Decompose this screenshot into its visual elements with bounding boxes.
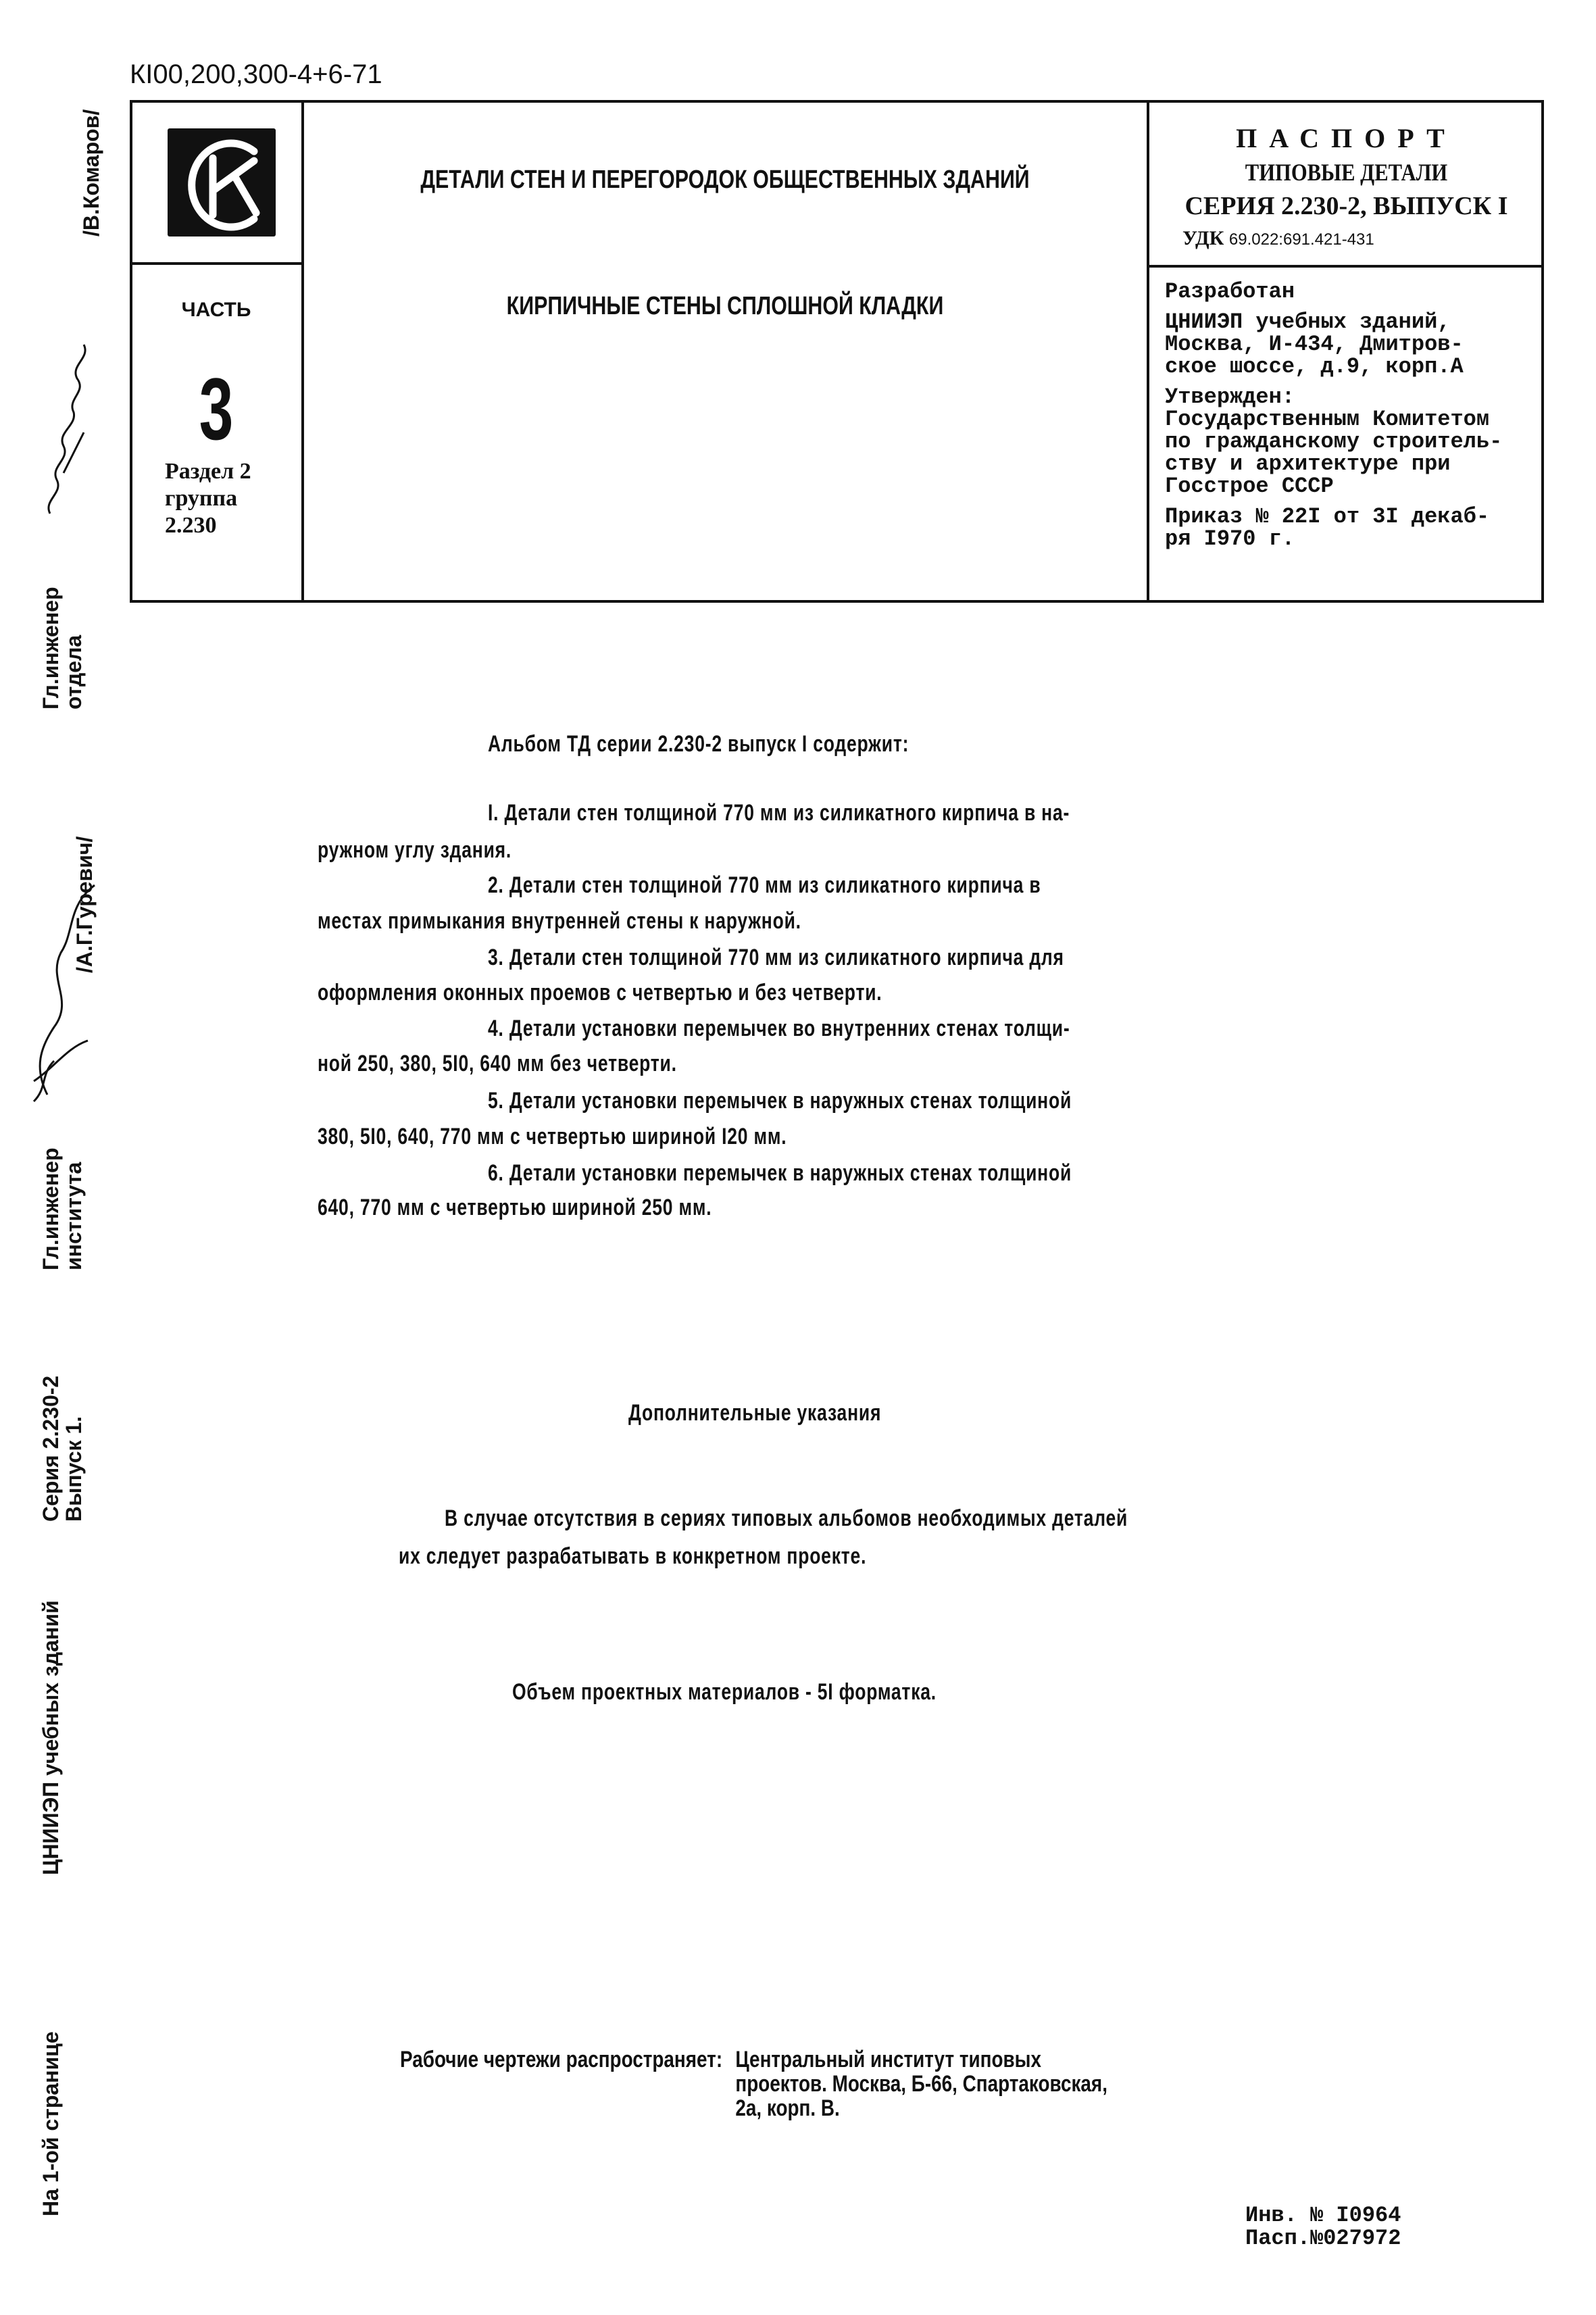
developed-line: ское шоссе, д.9, корп.А: [1165, 355, 1543, 378]
margin-page-note: На 1-ой странице: [39, 2031, 62, 2216]
contents-item-2: 2. Детали стен толщиной 770 мм из силика…: [488, 872, 1041, 899]
udk-line: УДК 69.022:691.421-431: [1149, 223, 1544, 255]
approved-label: Утвержден:: [1165, 386, 1543, 408]
approved-line: ству и архитектуре при: [1165, 453, 1543, 475]
margin-series: Серия 2.230-2 Выпуск 1.: [39, 1376, 85, 1522]
inventory-numbers: Инв. № I0964 Пасп.№027972: [1245, 2204, 1401, 2250]
margin-chief-inst-line2: института: [62, 1148, 85, 1271]
margin-chief-dept: Гл.инженер отдела: [39, 587, 85, 710]
additional-text-line1: В случае отсутствия в сериях типовых аль…: [445, 1505, 1128, 1532]
passport-number: Пасп.№027972: [1245, 2227, 1401, 2250]
order-line: Приказ № 22I от 3I декаб-: [1165, 505, 1543, 528]
passport-title: ПАСПОРТ: [1149, 122, 1544, 155]
part-section-info: Раздел 2 группа 2.230: [165, 458, 251, 539]
distribution-label: Рабочие чертежи распространяет:: [400, 2047, 722, 2072]
distribution-line: Центральный институт типовых: [735, 2047, 1107, 2072]
margin-chief-inst: Гл.инженер института: [39, 1148, 85, 1271]
signature-komarov-icon: [36, 338, 97, 520]
contents-item-6: 6. Детали установки перемычек в наружных…: [488, 1160, 1072, 1187]
contents-item-3-cont: оформления оконных проемов с четвертью и…: [318, 980, 882, 1006]
contents-item-1-cont: ружном углу здания.: [318, 837, 512, 864]
group-label: группа: [165, 485, 251, 512]
contents-item-6-cont: 640, 770 мм с четвертью шириной 250 мм.: [318, 1195, 712, 1221]
part-number: 3: [155, 365, 276, 453]
album-title: ДЕТАЛИ СТЕН И ПЕРЕГОРОДОК ОБЩЕСТВЕННЫХ З…: [387, 166, 1063, 195]
title-block-divider-left: [301, 100, 304, 603]
album-subtitle: КИРПИЧНЫЕ СТЕНЫ СПЛОШНОЙ КЛАДКИ: [387, 292, 1063, 321]
margin-organization: ЦНИИЭП учебных зданий: [39, 1600, 62, 1875]
approved-line: по гражданскому строитель-: [1165, 430, 1543, 453]
passport-subtitle: ТИПОВЫЕ ДЕТАЛИ: [1178, 155, 1514, 189]
part-label: ЧАСТЬ: [130, 299, 303, 322]
udk-value: 69.022:691.421-431: [1229, 230, 1374, 249]
passport-cell-divider: [1147, 265, 1544, 268]
distribution-line: проектов. Москва, Б-66, Спартаковская,: [735, 2072, 1107, 2096]
margin-series-line1: Серия 2.230-2: [39, 1376, 62, 1522]
contents-intro: Альбом ТД серии 2.230-2 выпуск I содержи…: [488, 731, 909, 757]
udk-label: УДК: [1182, 227, 1224, 249]
sk-logo: [168, 128, 276, 237]
additional-heading: Дополнительные указания: [628, 1400, 881, 1426]
margin-chief-dept-line1: Гл.инженер: [39, 587, 62, 710]
developed-line: ЦНИИЭП учебных зданий,: [1165, 311, 1543, 333]
order-line: ря I970 г.: [1165, 528, 1543, 550]
margin-chief-inst-line1: Гл.инженер: [39, 1148, 62, 1271]
developed-label: Разработан: [1165, 280, 1543, 303]
section-label: Раздел 2: [165, 458, 251, 485]
contents-item-5: 5. Детали установки перемычек в наружных…: [488, 1088, 1072, 1114]
passport-series: СЕРИЯ 2.230-2, ВЫПУСК I: [1149, 189, 1544, 223]
distribution-line: 2а, корп. В.: [735, 2096, 1107, 2120]
volume-text: Объем проектных материалов - 5I форматка…: [512, 1679, 937, 1706]
group-value: 2.230: [165, 512, 251, 539]
document-code: КI00,200,300-4+6-71: [130, 59, 382, 90]
distribution-address: Центральный институт типовых проектов. М…: [735, 2047, 1107, 2120]
distribution-info: Рабочие чертежи распространяет: Централь…: [400, 2047, 1107, 2120]
contents-item-5-cont: 380, 5I0, 640, 770 мм с четвертью ширино…: [318, 1124, 787, 1150]
developer-approval-block: Разработан ЦНИИЭП учебных зданий, Москва…: [1165, 280, 1543, 550]
additional-text-line2: их следует разрабатывать в конкретном пр…: [399, 1543, 866, 1570]
contents-item-4-cont: ной 250, 380, 5I0, 640 мм без четверти.: [318, 1051, 677, 1077]
passport-block: ПАСПОРТ ТИПОВЫЕ ДЕТАЛИ СЕРИЯ 2.230-2, ВЫ…: [1149, 122, 1544, 255]
margin-series-line2: Выпуск 1.: [62, 1376, 85, 1522]
contents-item-3: 3. Детали стен толщиной 770 мм из силика…: [488, 945, 1064, 971]
developed-line: Москва, И-434, Дмитров-: [1165, 333, 1543, 355]
approved-line: Государственным Комитетом: [1165, 408, 1543, 430]
margin-komarov: /В.Комаров/: [80, 109, 103, 237]
contents-item-1: I. Детали стен толщиной 770 мм из силика…: [488, 800, 1070, 826]
margin-chief-dept-line2: отдела: [62, 587, 85, 710]
contents-item-4: 4. Детали установки перемычек во внутрен…: [488, 1016, 1070, 1042]
signature-gurevich-icon: [27, 878, 101, 1115]
contents-item-2-cont: местах примыкания внутренней стены к нар…: [318, 908, 801, 935]
sk-logo-icon: [168, 128, 276, 237]
approved-line: Госстрое СССР: [1165, 475, 1543, 497]
inventory-number: Инв. № I0964: [1245, 2204, 1401, 2227]
logo-cell-divider: [130, 262, 303, 265]
